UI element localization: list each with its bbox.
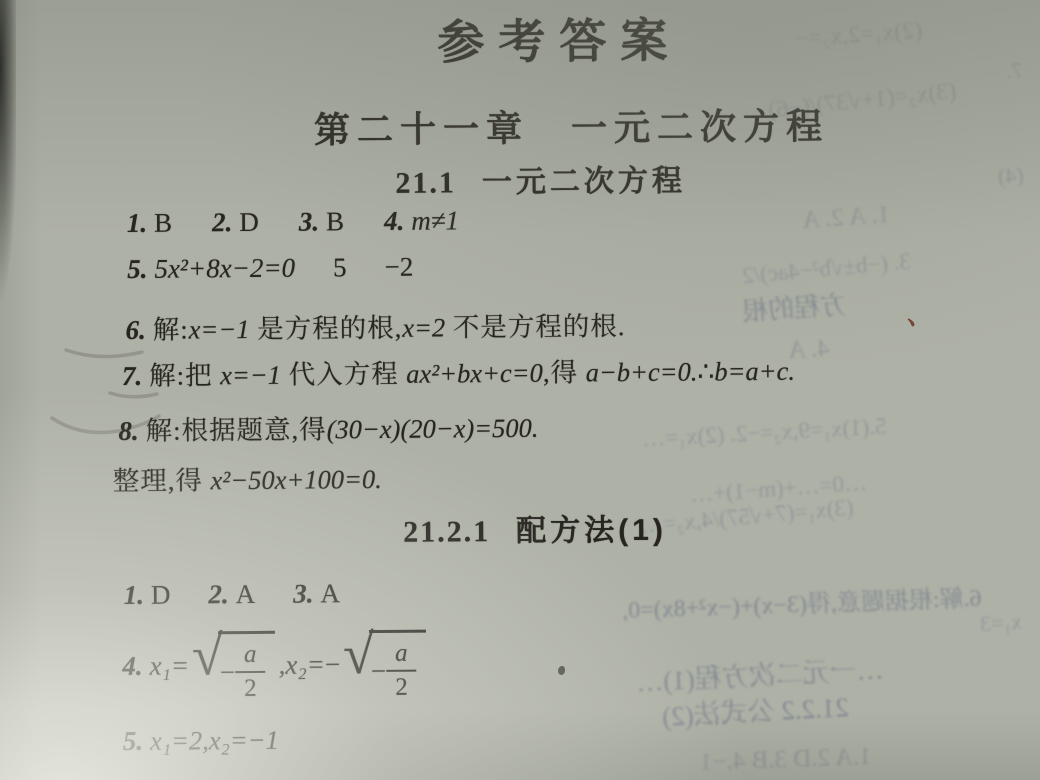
section-number: 21.1 (395, 166, 456, 199)
answer-item: 2.A (208, 579, 255, 610)
solution-text: 是方程的根, (249, 313, 402, 344)
question-number: 1. (127, 208, 147, 239)
math-expression: x²−50x+100=0. (210, 464, 381, 495)
answer-value: A (320, 578, 340, 609)
answer-value: D (239, 207, 259, 238)
fraction: a2 (235, 641, 266, 703)
solution-text: ,得 (543, 357, 586, 387)
question-number: 6. (125, 315, 145, 345)
numerator: a (235, 641, 266, 673)
answer-item: 1.B (127, 208, 173, 239)
solution-line-7: 7.解:把 x=−1 代入方程 ax²+bx+c=0,得 a−b+c=0.∴b=… (122, 349, 795, 393)
radical-symbol: √ (192, 631, 223, 681)
solution-text: 整理,得 (113, 465, 211, 496)
section-heading-21-2-1: 21.2.1配方法(1) (403, 505, 667, 551)
denominator: 2 (395, 672, 408, 702)
math-expression: x=2 (402, 312, 445, 342)
answer-item: 5.5x²+8x−2=0 (127, 253, 295, 285)
answer-value: 5 (333, 252, 347, 283)
ink-speck (558, 666, 565, 675)
negative-sign: − (325, 649, 340, 680)
fraction: a2 (386, 640, 417, 702)
therefore-symbol: ∴ (697, 356, 714, 386)
question-number: 3. (293, 578, 313, 609)
question-number: 8. (118, 416, 138, 446)
math-expression: ax²+bx+c=0 (406, 358, 543, 389)
answer-item: 3.B (299, 206, 345, 237)
solution-text: 不是方程的根. (445, 311, 625, 342)
answer-item: 3.A (293, 578, 340, 609)
page-title: 参考答案 (437, 4, 682, 73)
section-heading-21-1: 21.1一元二次方程 (395, 156, 686, 202)
red-pen-mark: 、 (906, 294, 937, 334)
section-number: 21.2.1 (403, 515, 490, 549)
solution-text: 解:根据题意,得 (146, 414, 327, 445)
math-expression: x₁=2,x₂=−1 (150, 725, 279, 756)
math-expression: ,x₂= (278, 649, 325, 680)
question-number: 4. (122, 650, 142, 681)
answer-value: D (151, 580, 171, 611)
book-page-photo: (2)x₁=2,x₂=− (3)x₂=(1+√37)/(−6) 7. (4) 1… (0, 0, 1040, 780)
math-expression: a−b+c=0. (586, 356, 698, 387)
question-number: 3. (299, 206, 319, 237)
solution-line-5: 5.x₁=2,x₂=−1 (123, 725, 279, 757)
radicand: − a2 (218, 631, 276, 703)
solution-text: 代入方程 (281, 359, 406, 390)
question-number: 2. (212, 207, 232, 238)
answer-key-content: 参考答案 第二十一章一元二次方程 21.1一元二次方程 1.B 2.D 3.B … (0, 0, 1040, 780)
answer-value: −2 (384, 252, 413, 283)
math-expression: x₁= (149, 650, 189, 681)
answer-value: B (154, 208, 172, 239)
solution-line-8-cont: 整理,得 x²−50x+100=0. (113, 457, 382, 498)
solution-line-4: 4. x₁= √ − a2 ,x₂= − √ − a2 (122, 626, 430, 704)
question-number: 5. (127, 254, 147, 285)
answer-item: 4.m≠1 (384, 205, 459, 237)
math-expression: (30−x)(20−x)=500. (327, 413, 539, 445)
answer-line-5: 5.5x²+8x−2=0 5 −2 (127, 252, 413, 285)
solution-text: 解: (153, 314, 189, 344)
question-number: 1. (124, 580, 144, 611)
section-title: 一元二次方程 (482, 165, 686, 200)
question-number: 2. (208, 579, 228, 610)
numerator: a (386, 640, 417, 672)
question-number: 5. (123, 726, 143, 756)
section-title: 配方法(1) (516, 514, 667, 548)
math-expression: x=−1 (189, 314, 250, 344)
square-root: √ − a2 (343, 626, 427, 703)
answer-value: A (236, 579, 256, 610)
solution-text: 解:把 (149, 360, 220, 391)
chapter-heading: 第二十一章一元二次方程 (314, 98, 829, 153)
denominator: 2 (244, 673, 257, 703)
question-number: 7. (122, 361, 142, 391)
chapter-title: 一元二次方程 (571, 105, 829, 148)
solution-line-8: 8.解:根据题意,得(30−x)(20−x)=500. (118, 406, 538, 448)
question-number: 4. (384, 206, 404, 237)
square-root: √ − a2 (192, 627, 276, 704)
answer-item: 1.D (124, 580, 171, 611)
answer-value: m≠1 (411, 205, 459, 236)
radical-symbol: √ (343, 630, 374, 680)
chapter-number: 第二十一章 (314, 108, 529, 151)
math-expression: x=−1 (220, 360, 281, 390)
answer-value: B (326, 206, 344, 237)
answer-item: 2.D (212, 207, 259, 238)
answers-row-21-1: 1.B 2.D 3.B 4.m≠1 (127, 205, 460, 239)
solution-line-6: 6.解:x=−1 是方程的根,x=2 不是方程的根. (125, 304, 625, 347)
answers-row-21-2-1: 1.D 2.A 3.A (124, 578, 340, 611)
equation: 5x²+8x−2=0 (154, 253, 295, 285)
math-expression: b=a+c. (714, 356, 795, 387)
radicand: − a2 (369, 630, 427, 702)
